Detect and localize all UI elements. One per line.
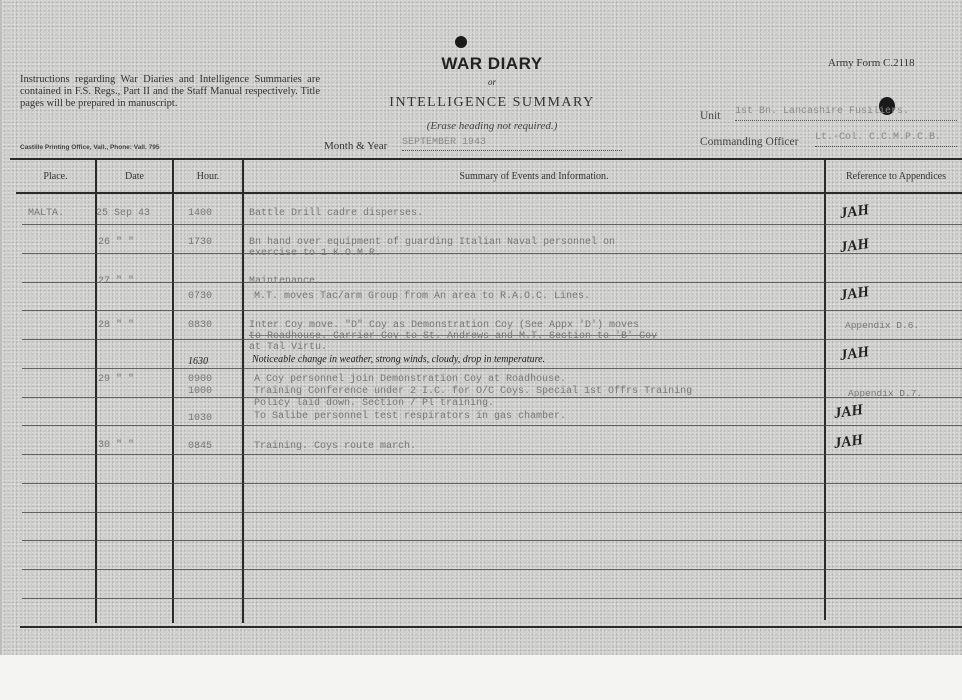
hour-cell: 0845 xyxy=(188,441,212,452)
ruled-line xyxy=(22,425,962,426)
table-bottom-rule xyxy=(20,626,962,628)
date-cell: 29 " " xyxy=(98,374,134,385)
ruled-line xyxy=(22,540,962,541)
table-top-rule xyxy=(10,158,962,160)
summary-cell: Battle Drill cadre disperses. xyxy=(249,208,423,219)
form-title: WAR DIARY xyxy=(382,54,602,74)
initials-signature: JAH xyxy=(839,202,870,223)
column-divider xyxy=(824,160,826,620)
column-divider xyxy=(242,160,244,623)
commanding-officer-label: Commanding Officer xyxy=(700,136,798,148)
hour-cell: 1730 xyxy=(188,237,212,248)
hour-cell: 0730 xyxy=(188,291,212,302)
hour-cell: 1400 xyxy=(188,208,212,219)
printer-imprint: Castille Printing Office, Vall., Phone: … xyxy=(20,144,159,151)
punch-hole xyxy=(455,36,467,48)
date-cell: 25 Sep 43 xyxy=(96,208,150,219)
hour-cell: 1000 xyxy=(188,386,212,397)
month-year-label: Month & Year xyxy=(324,140,387,152)
title-or: or xyxy=(382,77,602,87)
instructions-text: Instructions regarding War Diaries and I… xyxy=(20,74,320,110)
date-cell: 26 " " xyxy=(98,237,134,248)
appendix-reference: Appendix D.6. xyxy=(845,320,919,331)
summary-cell-cont: Policy laid down. Section / Pl training. xyxy=(254,398,494,409)
summary-cell: Inter Coy move. "D" Coy as Demonstration… xyxy=(249,320,639,331)
summary-cell-cont: exercise to 1 K.O.M.R. xyxy=(249,248,381,259)
summary-cell: M.T. moves Tac/arm Group from An area to… xyxy=(254,291,590,302)
hour-cell: 1030 xyxy=(188,413,212,424)
summary-cell: A Coy personnel join Demonstration Coy a… xyxy=(254,374,566,385)
summary-cell: Training Conference under 2 I.C. for O/C… xyxy=(254,386,692,397)
ruled-line xyxy=(22,224,962,225)
army-form-number: Army Form C.2118 xyxy=(828,57,915,69)
handwritten-weather-note: Noticeable change in weather, strong win… xyxy=(252,354,545,365)
header-bottom-rule xyxy=(16,192,962,194)
summary-cell: Maintenance. xyxy=(249,276,321,287)
column-header-place: Place. xyxy=(16,171,95,182)
month-year-value: SEPTEMBER 1943 xyxy=(402,137,622,151)
summary-cell: Training. Coys route march. xyxy=(254,441,416,452)
summary-cell-cont: to Roadhouse. Carrier Coy to St. Andrews… xyxy=(249,331,657,342)
erase-note: (Erase heading not required.) xyxy=(382,120,602,132)
form-subtitle: INTELLIGENCE SUMMARY xyxy=(347,95,637,111)
column-divider xyxy=(172,160,174,623)
ruled-line xyxy=(22,253,962,254)
hour-cell: 0900 xyxy=(188,374,212,385)
column-header-date: Date xyxy=(97,171,172,182)
initials-signature: JAH xyxy=(839,344,870,365)
ruled-line xyxy=(22,454,962,455)
ruled-line xyxy=(22,368,962,369)
summary-cell: Bn hand over equipment of guarding Itali… xyxy=(249,237,615,248)
ruled-line xyxy=(22,512,962,513)
appendix-reference: Appendix D.7. xyxy=(848,388,922,399)
column-header-hour: Hour. xyxy=(174,171,242,182)
place-cell: MALTA. xyxy=(28,208,64,219)
commanding-officer-value: Lt.-Col. C.C.M.P.C.B. xyxy=(815,132,957,147)
initials-signature: JAH xyxy=(833,402,864,423)
date-cell: 27 " " xyxy=(98,276,134,287)
unit-value: 1st Bn. Lancashire Fusiliers. xyxy=(735,106,957,121)
date-cell: 28 " " xyxy=(98,320,134,331)
hour-cell: 0830 xyxy=(188,320,212,331)
ruled-line xyxy=(22,310,962,311)
column-divider xyxy=(95,160,97,623)
date-cell: 30 " " xyxy=(98,440,134,451)
war-diary-page: Instructions regarding War Diaries and I… xyxy=(0,0,962,655)
ruled-line xyxy=(22,282,962,283)
ruled-line xyxy=(22,569,962,570)
summary-cell: To Salibe personnel test respirators in … xyxy=(254,411,566,422)
column-header-reference: Reference to Appendices xyxy=(828,171,962,182)
column-header-summary: Summary of Events and Information. xyxy=(244,171,824,182)
initials-signature: JAH xyxy=(833,432,864,453)
initials-signature: JAH xyxy=(839,284,870,305)
unit-label: Unit xyxy=(700,110,720,122)
ruled-line xyxy=(22,483,962,484)
hour-cell: 1630 xyxy=(188,356,208,367)
summary-cell-cont: at Tal Virtu. xyxy=(249,342,327,353)
ruled-line xyxy=(22,598,962,599)
